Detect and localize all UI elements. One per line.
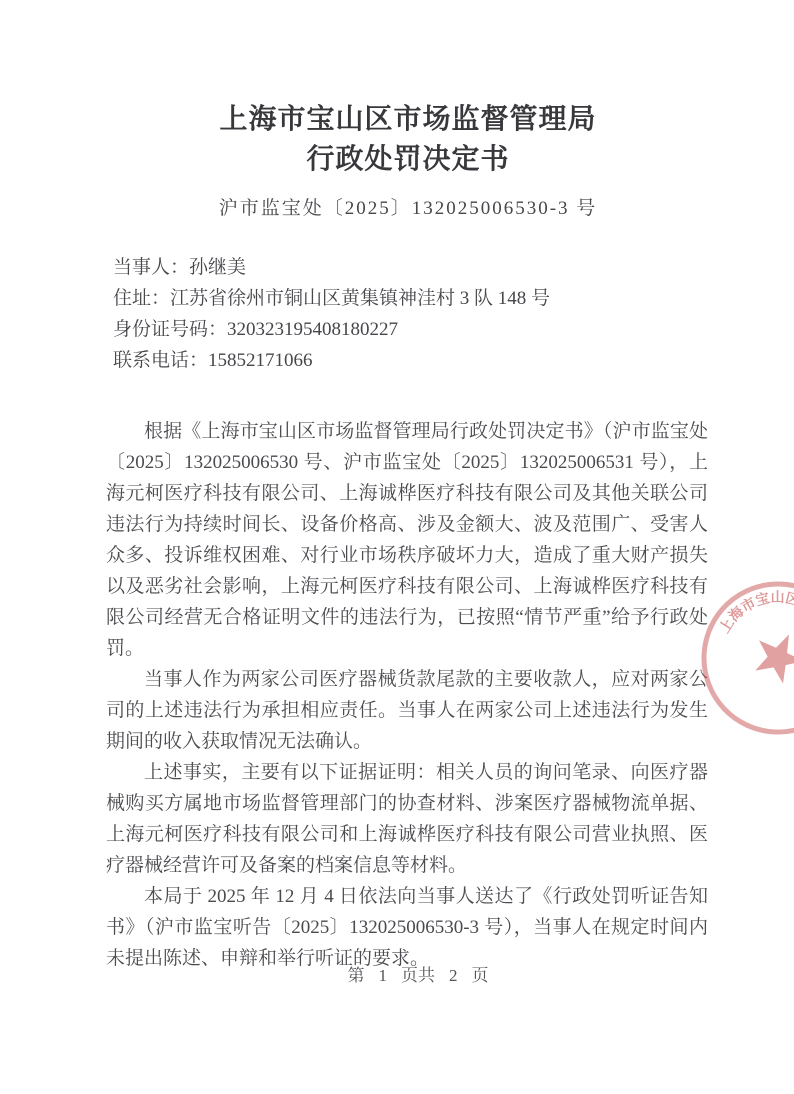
footer-middle: 页共	[401, 961, 435, 986]
page-number-footer: 第1页共2页	[21, 961, 794, 986]
document-number: 沪市监宝处〔2025〕132025006530-3 号	[11, 193, 794, 220]
official-seal: 上海市宝山区市场监督管理局	[668, 548, 794, 768]
document-title-line1: 上海市宝山区市场监督管理局	[11, 100, 794, 140]
footer-total-pages: 2	[449, 966, 458, 986]
document-body: 根据《上海市宝山区市场监督管理局行政处罚决定书》（沪市监宝处〔2025〕1320…	[106, 416, 708, 974]
party-id-label: 身份证号码：	[113, 319, 227, 340]
paragraph-basis: 根据《上海市宝山区市场监督管理局行政处罚决定书》（沪市监宝处〔2025〕1320…	[106, 416, 708, 664]
party-address-line: 住址：江苏省徐州市铜山区黄集镇神洼村 3 队 148 号	[113, 283, 713, 314]
party-name-value: 孙继美	[189, 257, 246, 278]
paragraph-evidence: 上述事实，主要有以下证据证明：相关人员的询问笔录、向医疗器械购买方属地市场监督管…	[106, 757, 708, 881]
party-address-value: 江苏省徐州市铜山区黄集镇神洼村 3 队 148 号	[170, 288, 550, 309]
party-name-label: 当事人：	[113, 257, 189, 278]
document-title: 上海市宝山区市场监督管理局 行政处罚决定书	[11, 100, 794, 180]
scanned-document-page: 上海市宝山区市场监督管理局 行政处罚决定书 沪市监宝处〔2025〕1320250…	[0, 0, 794, 1094]
party-address-label: 住址：	[113, 288, 170, 309]
party-info-block: 当事人：孙继美 住址：江苏省徐州市铜山区黄集镇神洼村 3 队 148 号 身份证…	[113, 252, 713, 376]
paragraph-responsibility: 当事人作为两家公司医疗器械货款尾款的主要收款人，应对两家公司的上述违法行为承担相…	[106, 664, 708, 757]
party-phone-line: 联系电话：15852171066	[113, 345, 713, 376]
footer-suffix: 页	[472, 961, 489, 986]
document-title-line2: 行政处罚决定书	[11, 140, 794, 180]
party-id-value: 320323195408180227	[227, 319, 398, 340]
party-phone-label: 联系电话：	[113, 350, 208, 371]
party-phone-value: 15852171066	[208, 350, 313, 371]
seal-star-icon	[747, 624, 794, 687]
footer-prefix: 第	[348, 961, 365, 986]
party-id-line: 身份证号码：320323195408180227	[113, 314, 713, 345]
party-name-line: 当事人：孙继美	[113, 252, 713, 283]
footer-current-page: 1	[379, 966, 388, 986]
